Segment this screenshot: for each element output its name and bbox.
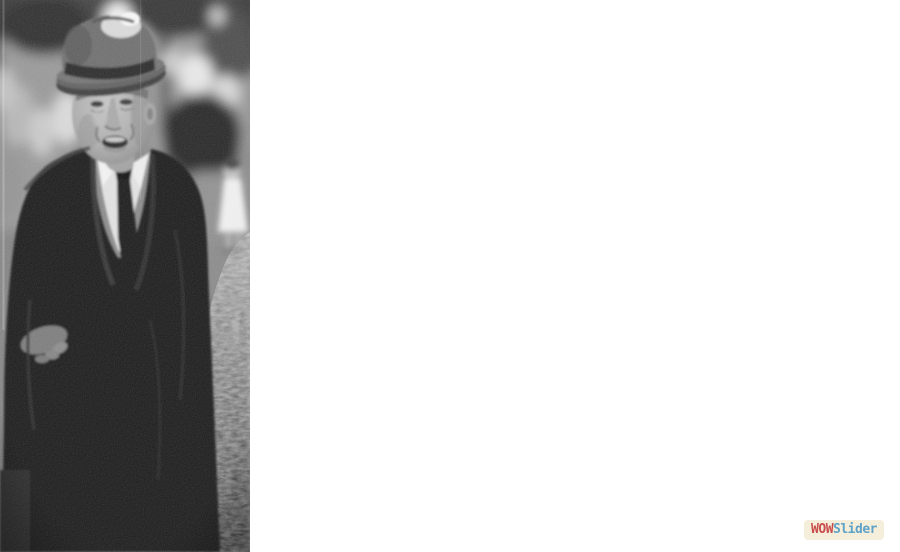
wowslider-watermark-link[interactable]: WOWSlider xyxy=(804,520,884,540)
wowslider-wow-text: WOW xyxy=(811,522,833,537)
slider-page: WOWSlider xyxy=(0,0,900,552)
photo-elderly-man xyxy=(0,0,250,552)
wowslider-slider-text: Slider xyxy=(833,522,877,537)
photo-slide[interactable] xyxy=(0,0,250,552)
photo-vignette xyxy=(0,0,250,552)
